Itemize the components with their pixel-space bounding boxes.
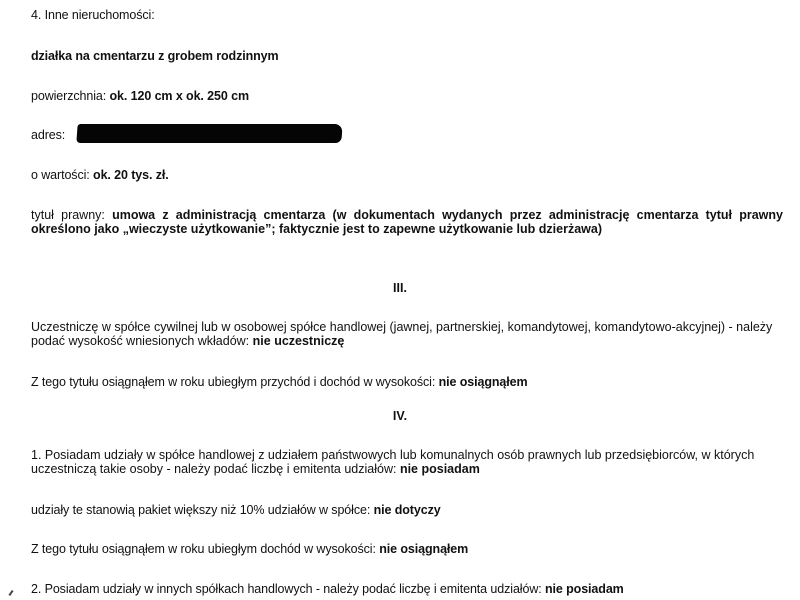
scan-artifact-mark bbox=[8, 590, 13, 596]
share-package-answer: nie dotyczy bbox=[374, 503, 441, 517]
partnership-income-row: Z tego tytułu osiągnąłem w roku ubiegłym… bbox=[31, 375, 528, 389]
partnership-participation-paragraph: Uczestniczę w spółce cywilnej lub w osob… bbox=[31, 320, 791, 348]
state-company-shares-question: 1. Posiadam udziały w spółce handlowej z… bbox=[31, 448, 754, 476]
area-value: ok. 120 cm x ok. 250 cm bbox=[110, 89, 249, 103]
legal-title-paragraph: tytuł prawny: umowa z administracją cmen… bbox=[31, 208, 783, 236]
partnership-income-question: Z tego tytułu osiągnąłem w roku ubiegłym… bbox=[31, 375, 435, 389]
other-company-shares-question: 2. Posiadam udziały w innych spółkach ha… bbox=[31, 582, 542, 596]
state-company-shares-answer: nie posiadam bbox=[400, 462, 480, 476]
other-company-shares-row: 2. Posiadam udziały w innych spółkach ha… bbox=[31, 582, 624, 596]
partnership-participation-answer: nie uczestniczę bbox=[253, 334, 345, 348]
property-type: działka na cmentarzu z grobem rodzinnym bbox=[31, 49, 279, 63]
value-row: o wartości: ok. 20 tys. zł. bbox=[31, 168, 169, 182]
value-amount: ok. 20 tys. zł. bbox=[93, 168, 169, 182]
other-company-shares-answer: nie posiadam bbox=[545, 582, 624, 596]
address-row: adres: bbox=[31, 128, 65, 142]
area-row: powierzchnia: ok. 120 cm x ok. 250 cm bbox=[31, 89, 249, 103]
shares-income-row: Z tego tytułu osiągnąłem w roku ubiegłym… bbox=[31, 542, 468, 556]
share-package-question: udziały te stanowią pakiet większy niż 1… bbox=[31, 503, 370, 517]
legal-title-label: tytuł prawny: bbox=[31, 208, 105, 222]
section-numeral-III: III. bbox=[0, 281, 800, 295]
section-heading-other-properties: 4. Inne nieruchomości: bbox=[31, 8, 155, 22]
address-label: adres: bbox=[31, 128, 65, 142]
share-package-row: udziały te stanowią pakiet większy niż 1… bbox=[31, 503, 441, 517]
state-company-shares-paragraph: 1. Posiadam udziały w spółce handlowej z… bbox=[31, 448, 791, 476]
partnership-income-answer: nie osiągnąłem bbox=[439, 375, 528, 389]
area-label: powierzchnia: bbox=[31, 89, 106, 103]
value-label: o wartości: bbox=[31, 168, 90, 182]
shares-income-answer: nie osiągnąłem bbox=[379, 542, 468, 556]
legal-title-value: umowa z administracją cmentarza (w dokum… bbox=[31, 208, 783, 236]
partnership-participation-question: Uczestniczę w spółce cywilnej lub w osob… bbox=[31, 320, 772, 348]
section-numeral-IV: IV. bbox=[0, 409, 800, 423]
shares-income-question: Z tego tytułu osiągnąłem w roku ubiegłym… bbox=[31, 542, 376, 556]
address-redaction-bar bbox=[76, 124, 342, 143]
